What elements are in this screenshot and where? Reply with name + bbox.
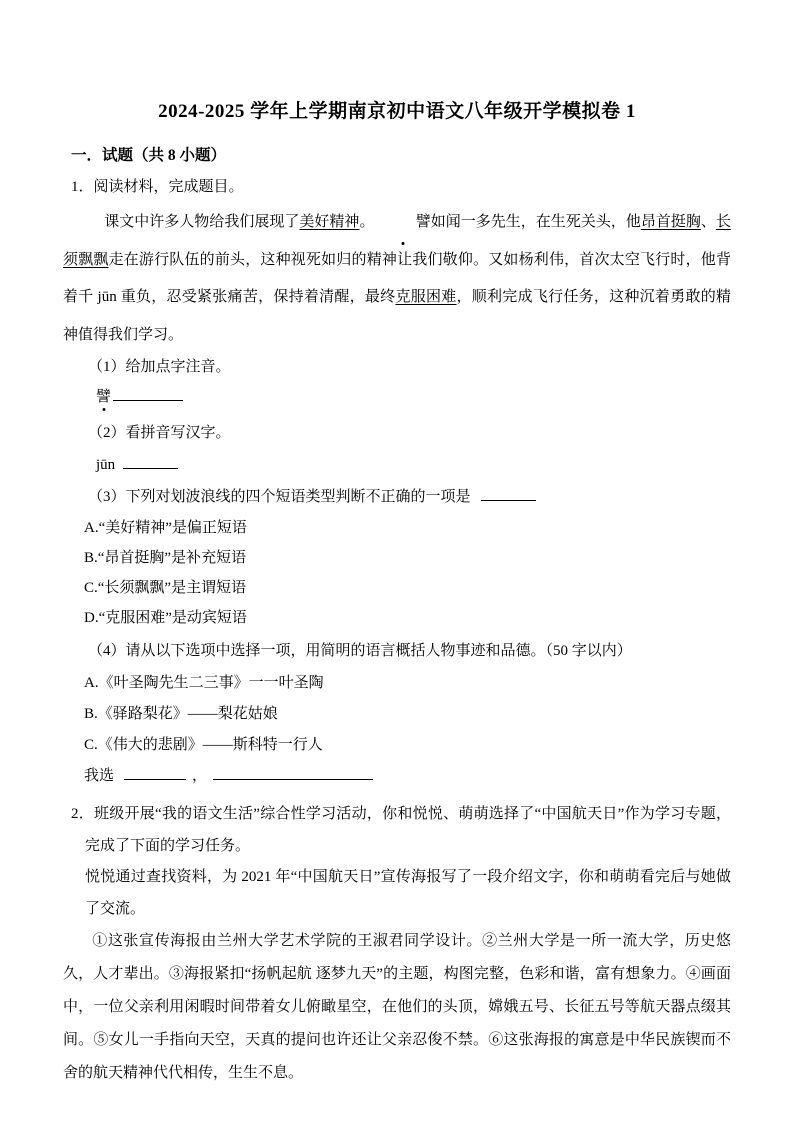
pinyin-text: jūn bbox=[96, 457, 115, 473]
answer-blank bbox=[481, 485, 536, 501]
answer-blank bbox=[124, 764, 186, 780]
accented-char: 譬 bbox=[374, 204, 430, 242]
question-2-stem-text: 班级开展“我的语文生活”综合性学习活动，你和悦悦、萌萌选择了“中国航天日”作为学… bbox=[85, 806, 731, 854]
document-page: 2024-2025 学年上学期南京初中语文八年级开学模拟卷 1 一．试题（共 8… bbox=[0, 0, 793, 1122]
passage-text: 。 bbox=[359, 214, 374, 230]
option-item: A.“美好精神”是偏正短语 bbox=[84, 518, 731, 538]
pinyin-answer-line: 譬 bbox=[96, 385, 731, 408]
underlined-phrase-4: 克服困难 bbox=[395, 289, 456, 305]
passage-text: 课文中许多人物给我们展现了 bbox=[104, 214, 299, 230]
passage-text: 、 bbox=[701, 214, 716, 230]
question-2: 2．班级开展“我的语文生活”综合性学习活动，你和悦悦、萌萌选择了“中国航天日”作… bbox=[63, 799, 731, 1090]
question-2-number: 2． bbox=[71, 806, 94, 822]
hanzi-answer-line: jūn bbox=[96, 453, 731, 476]
underlined-phrase-2: 昂首挺胸 bbox=[641, 214, 701, 230]
answer-blank bbox=[123, 453, 178, 469]
sub-question-2-label: （2）看拼音写汉字。 bbox=[88, 423, 731, 443]
sub-question-1-label: （1）给加点字注音。 bbox=[88, 357, 731, 377]
answer-blank bbox=[213, 764, 373, 780]
section-heading: 一．试题（共 8 小题） bbox=[71, 146, 731, 166]
answer-blank bbox=[113, 385, 183, 401]
accented-char: 譬 bbox=[96, 386, 111, 408]
underlined-phrase-1: 美好精神 bbox=[299, 214, 359, 230]
passage-text: 如闻一多先生，在生死关头，他 bbox=[431, 214, 641, 230]
sub-question-3-text: （3）下列对划波浪线的四个短语类型判断不正确的一项是 bbox=[88, 489, 471, 505]
poster-description: ①这张宣传海报由兰州大学艺术学院的王淑君同学设计。②兰州大学是一所一流大学，历史… bbox=[63, 925, 731, 1090]
reading-passage: 课文中许多人物给我们展现了美好精神。譬如闻一多先生，在生死关头，他昂首挺胸、长须… bbox=[63, 204, 731, 354]
option-item: B.《驿路梨花》——梨花姑娘 bbox=[84, 704, 731, 724]
separator-comma: ， bbox=[192, 768, 207, 784]
question-2-intro: 悦悦通过查找资料，为 2021 年“中国航天日”宣传海报写了一段介绍文字，你和萌… bbox=[63, 862, 731, 925]
doc-title: 2024-2025 学年上学期南京初中语文八年级开学模拟卷 1 bbox=[63, 100, 731, 124]
sub-question-4-label: （4）请从以下选项中选择一项，用简明的语言概括人物事迹和品德。（50 字以内） bbox=[88, 641, 731, 661]
question-2-stem: 2．班级开展“我的语文生活”综合性学习活动，你和悦悦、萌萌选择了“中国航天日”作… bbox=[63, 799, 731, 862]
option-item: D.“克服困难”是动宾短语 bbox=[84, 608, 731, 628]
choose-label: 我选 bbox=[84, 768, 114, 784]
option-item: C.“长须飘飘”是主谓短语 bbox=[84, 578, 731, 598]
option-item: A.《叶圣陶先生二三事》一一叶圣陶 bbox=[84, 673, 731, 693]
question-1-stem: 1．阅读材料，完成题目。 bbox=[71, 177, 731, 197]
choose-answer-line: 我选， bbox=[84, 764, 731, 787]
sub-question-3-label: （3）下列对划波浪线的四个短语类型判断不正确的一项是 bbox=[88, 485, 731, 507]
option-item: C.《伟大的悲剧》——斯科特一行人 bbox=[84, 735, 731, 755]
option-item: B.“昂首挺胸”是补充短语 bbox=[84, 548, 731, 568]
